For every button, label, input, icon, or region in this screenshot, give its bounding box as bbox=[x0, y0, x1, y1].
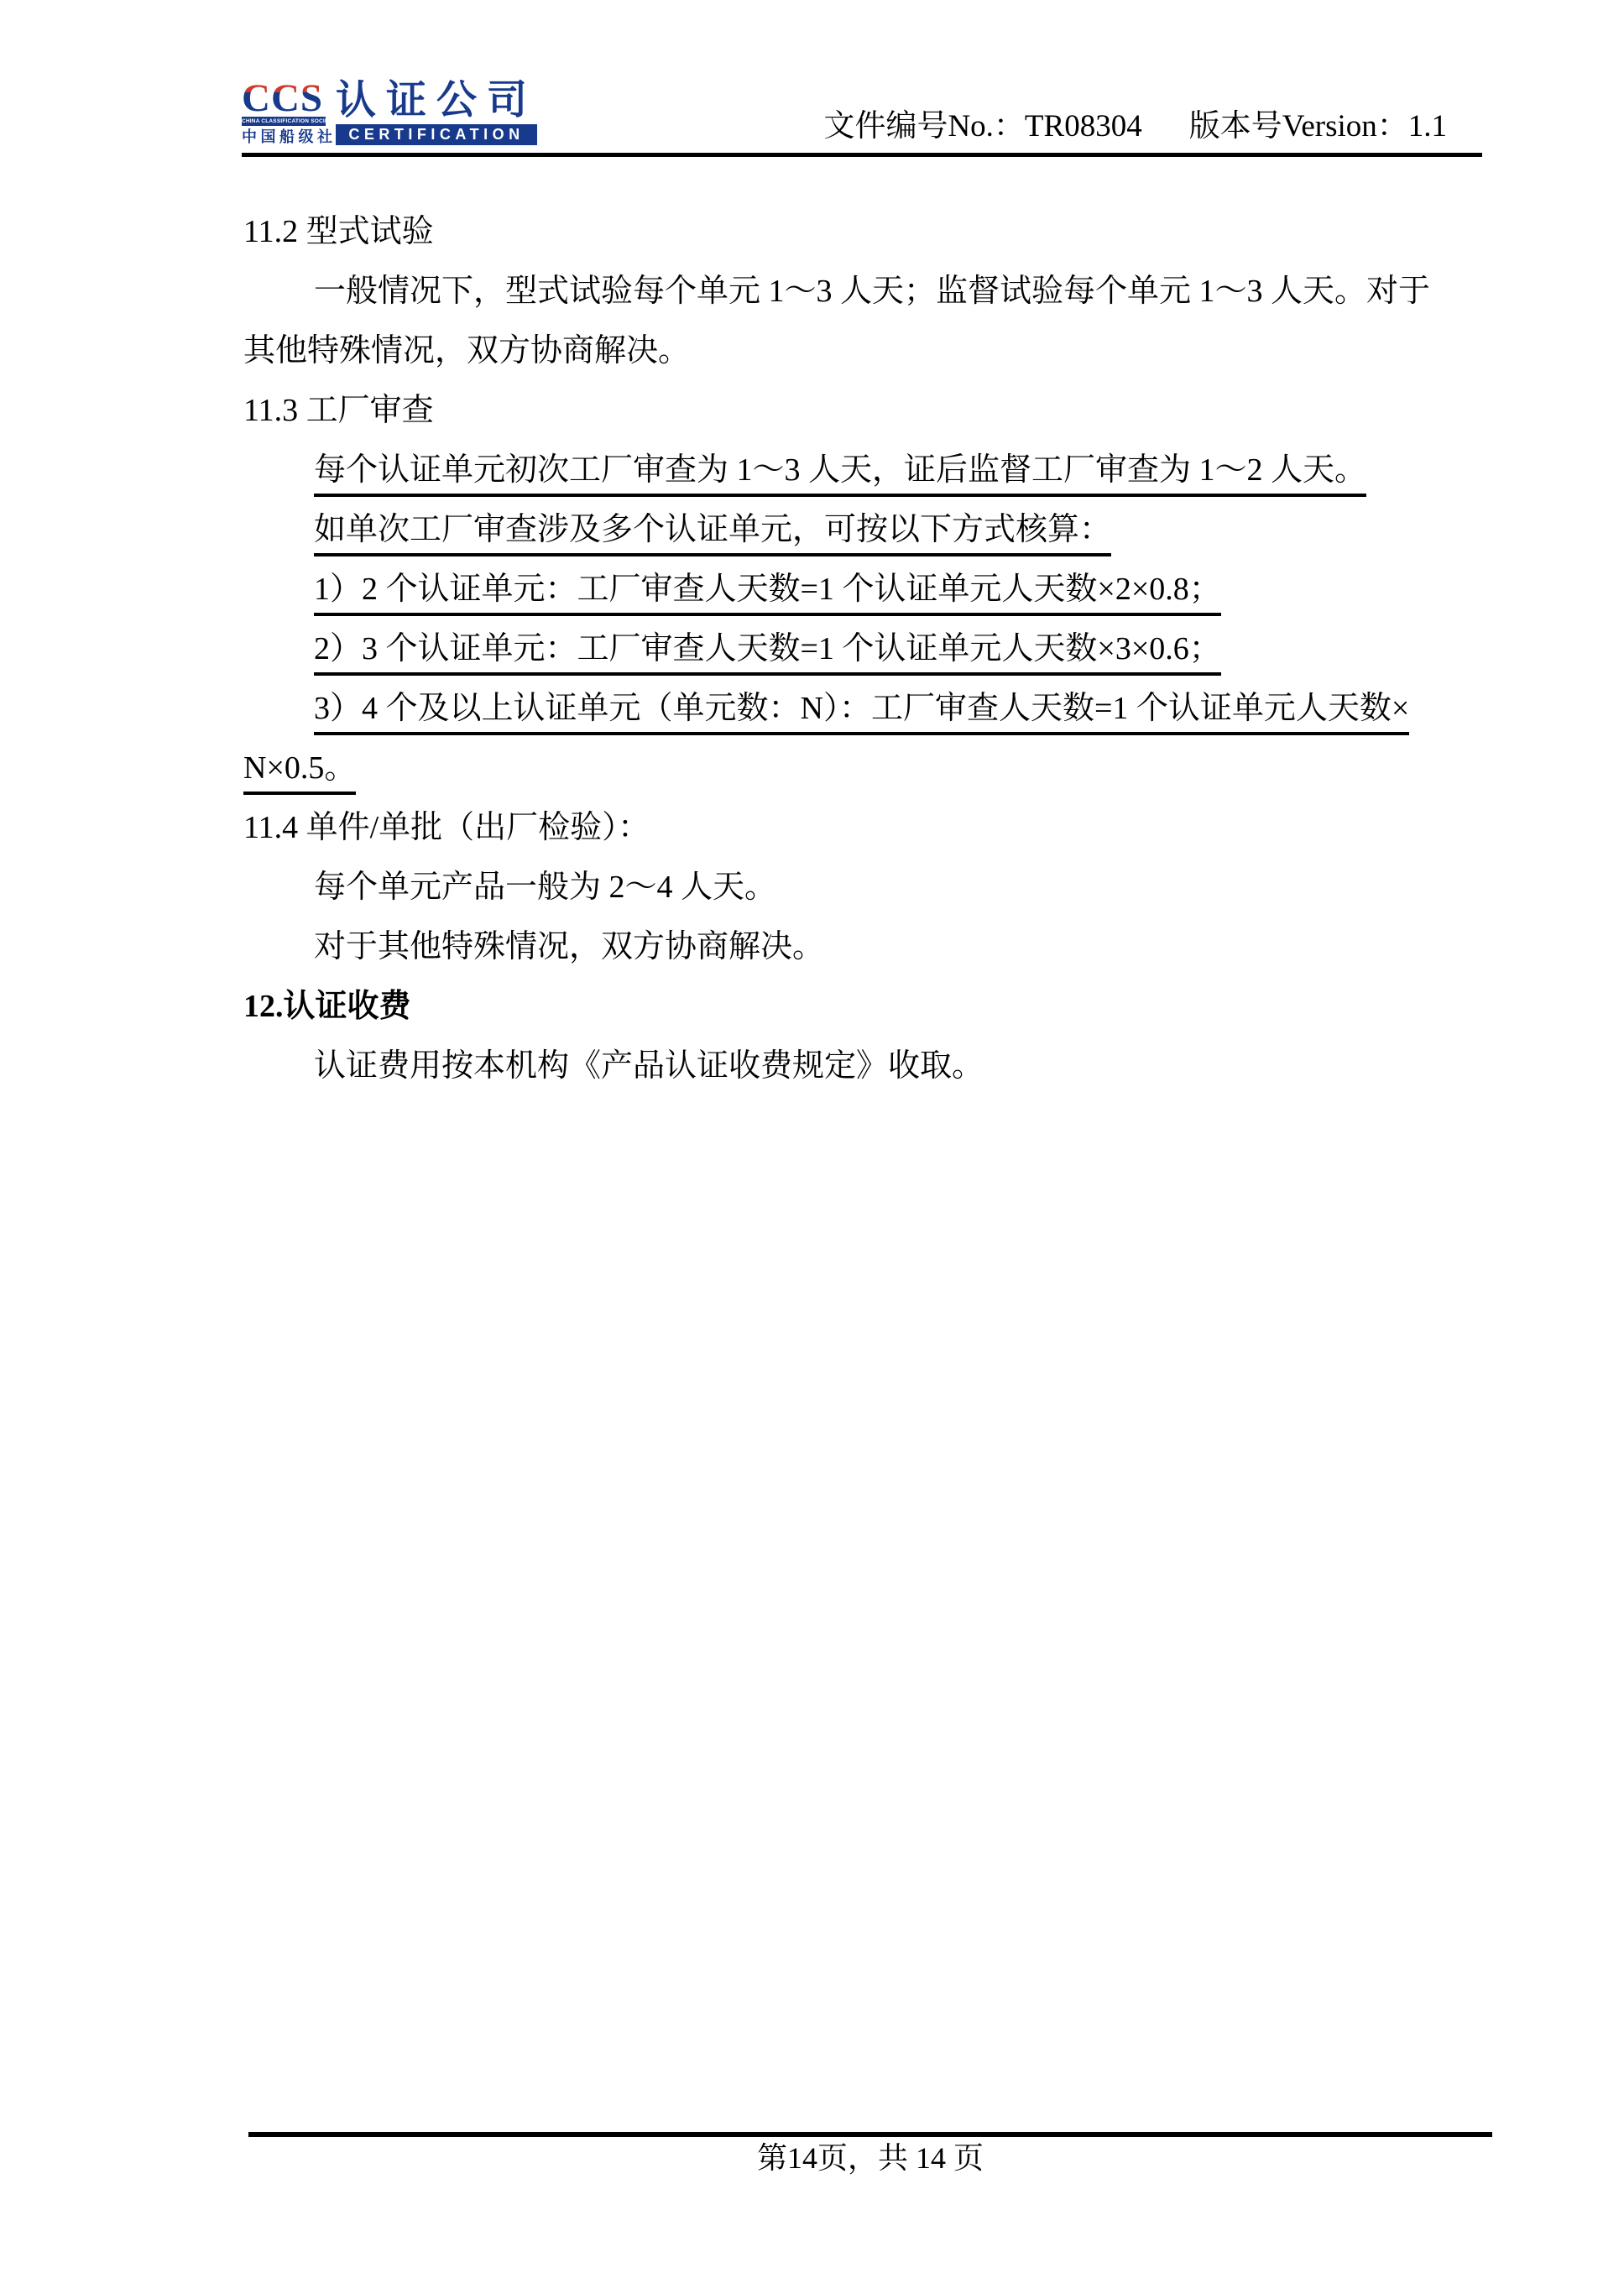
text-line: 每个单元产品一般为 2～4 人天。 bbox=[243, 858, 1487, 917]
text-line-content: 认证费用按本机构《产品认证收费规定》收取。 bbox=[314, 1048, 984, 1084]
text-line-content: 1）2 个认证单元：工厂审查人天数=1 个认证单元人天数×2×0.8； bbox=[314, 572, 1221, 616]
header-content: CCS CHINA CLASSIFICATION SOCIETY 中 国 船 级… bbox=[242, 83, 1482, 157]
text-line: 11.2 型式试验 bbox=[243, 202, 1487, 262]
page-number: 第14页，共 14 页 bbox=[248, 2140, 1492, 2176]
text-line-content: 对于其他特殊情况，双方协商解决。 bbox=[314, 929, 824, 964]
text-line: 3）4 个及以上认证单元（单元数：N）：工厂审查人天数=1 个认证单元人天数× bbox=[243, 679, 1487, 739]
document-page: CCS CHINA CLASSIFICATION SOCIETY 中 国 船 级… bbox=[0, 0, 1624, 2278]
text-line: 1）2 个认证单元：工厂审查人天数=1 个认证单元人天数×2×0.8； bbox=[243, 560, 1487, 619]
document-version: 版本号Version：1.1 bbox=[1189, 108, 1447, 145]
ccs-logo-mark: CCS CHINA CLASSIFICATION SOCIETY 中 国 船 级… bbox=[242, 83, 326, 145]
text-line-content: 3）4 个及以上认证单元（单元数：N）：工厂审查人天数=1 个认证单元人天数× bbox=[314, 691, 1409, 735]
text-line-content: N×0.5。 bbox=[243, 750, 356, 795]
text-line: 每个认证单元初次工厂审查为 1～3 人天，证后监督工厂审查为 1～2 人天。 bbox=[243, 441, 1487, 500]
footer-rule bbox=[248, 2132, 1492, 2137]
text-line: 一般情况下，型式试验每个单元 1～3 人天；监督试验每个单元 1～3 人天。对于 bbox=[243, 262, 1487, 321]
text-line: 对于其他特殊情况，双方协商解决。 bbox=[243, 917, 1487, 977]
text-line: N×0.5。 bbox=[243, 739, 1487, 798]
text-line-content: 12.认证收费 bbox=[243, 989, 411, 1024]
ccs-logo-company: 认证公司 CERTIFICATION bbox=[336, 83, 537, 145]
text-line-content: 其他特殊情况，双方协商解决。 bbox=[243, 333, 690, 368]
text-line-content: 每个认证单元初次工厂审查为 1～3 人天，证后监督工厂审查为 1～2 人天。 bbox=[314, 452, 1366, 497]
document-number: 文件编号No.：TR08304 bbox=[823, 108, 1141, 145]
document-body: 11.2 型式试验一般情况下，型式试验每个单元 1～3 人天；监督试验每个单元 … bbox=[243, 202, 1487, 1096]
company-name-en: CERTIFICATION bbox=[336, 124, 537, 145]
text-line-content: 每个单元产品一般为 2～4 人天。 bbox=[314, 870, 776, 905]
page-header: CCS CHINA CLASSIFICATION SOCIETY 中 国 船 级… bbox=[242, 83, 1482, 157]
ccs-logo: CCS CHINA CLASSIFICATION SOCIETY 中 国 船 级… bbox=[242, 83, 537, 145]
text-line-content: 11.3 工厂审查 bbox=[243, 393, 434, 428]
company-name-cn: 认证公司 bbox=[336, 83, 537, 118]
text-line: 其他特殊情况，双方协商解决。 bbox=[243, 321, 1487, 381]
page-footer: 第14页，共 14 页 bbox=[248, 2132, 1492, 2176]
document-meta: 文件编号No.：TR08304 版本号Version：1.1 bbox=[823, 108, 1447, 145]
text-line: 11.4 单件/单批（出厂检验）： bbox=[243, 798, 1487, 858]
text-line: 认证费用按本机构《产品认证收费规定》收取。 bbox=[243, 1037, 1487, 1096]
text-line: 2）3 个认证单元：工厂审查人天数=1 个认证单元人天数×3×0.6； bbox=[243, 619, 1487, 679]
text-line: 12.认证收费 bbox=[243, 977, 1487, 1037]
text-line-content: 一般情况下，型式试验每个单元 1～3 人天；监督试验每个单元 1～3 人天。对于 bbox=[314, 274, 1430, 309]
text-line-content: 11.2 型式试验 bbox=[243, 214, 434, 249]
ccs-society-name-cn: 中 国 船 级 社 bbox=[242, 128, 326, 145]
text-line-content: 2）3 个认证单元：工厂审查人天数=1 个认证单元人天数×3×0.6； bbox=[314, 631, 1221, 676]
text-line: 如单次工厂审查涉及多个认证单元，可按以下方式核算： bbox=[243, 500, 1487, 560]
text-line-content: 11.4 单件/单批（出厂检验）： bbox=[243, 810, 650, 845]
text-line-content: 如单次工厂审查涉及多个认证单元，可按以下方式核算： bbox=[314, 512, 1111, 556]
ccs-society-name-en: CHINA CLASSIFICATION SOCIETY bbox=[242, 117, 326, 126]
text-line: 11.3 工厂审查 bbox=[243, 381, 1487, 441]
ccs-logo-text: CCS bbox=[242, 83, 326, 113]
